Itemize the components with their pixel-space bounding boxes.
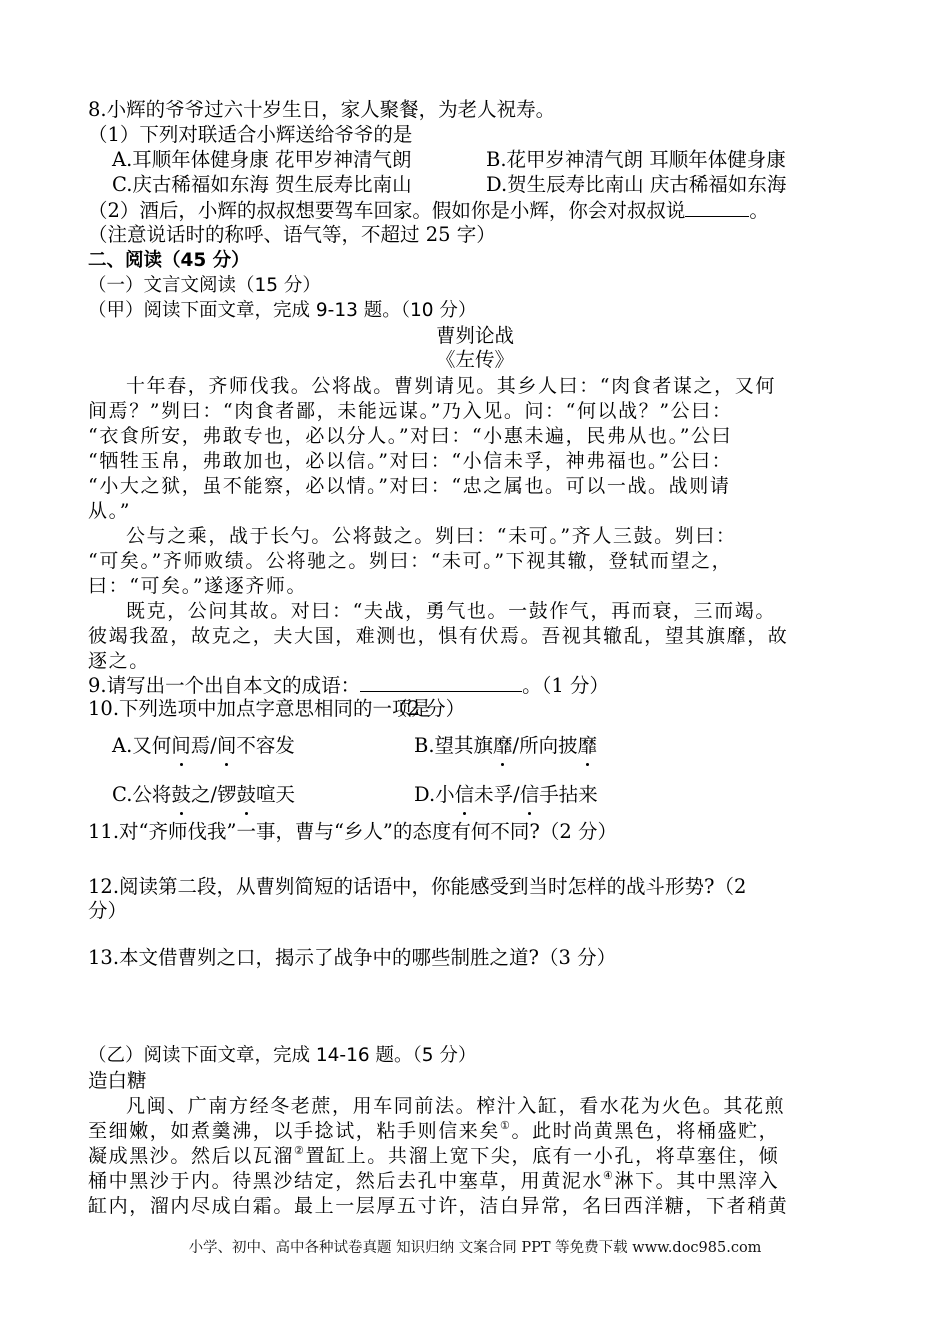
dotted-char: 间 [171, 734, 191, 757]
q8-sub1: （1）下列对联适合小辉送给爷爷的是 [88, 123, 412, 147]
passage-source: 《左传》 [0, 348, 950, 372]
dotted-char: 信 [455, 783, 475, 806]
footnote-marker: ① [500, 1119, 511, 1132]
q9-text: 9.请写出一个出自本文的成语： [88, 674, 360, 697]
q8-option-b: B.花甲岁神清气朗 耳顺年体健身康 [486, 148, 786, 172]
footnote-marker: ② [294, 1144, 305, 1157]
passage-line: 逐之。 [88, 649, 150, 673]
q10-option-d: D.小信未孚/信手拈来 [414, 783, 598, 807]
yi-heading: （乙）阅读下面文章，完成 14-16 题。（5 分） [88, 1044, 476, 1068]
q8-option-a: A.耳顺年体健身康 花甲岁神清气朗 [112, 148, 411, 172]
page-footer: 小学、初中、高中各种试卷真题 知识归纳 文案合同 PPT 等免费下载 www.d… [0, 1239, 950, 1257]
dotted-char: 间 [217, 734, 237, 757]
dotted-char: 鼓 [171, 783, 191, 806]
yi-title: 造白糖 [88, 1069, 147, 1093]
passage-line: 十年春，齐师伐我。公将战。曹刿请见。其乡人曰：“肉食者谋之，又何 [88, 374, 776, 398]
q9-score: 。（1 分） [522, 674, 609, 697]
passage-line: 既克，公问其故。对曰：“夫战，勇气也。一鼓作气，再而衰，三而竭。 [88, 599, 776, 623]
q10-score: （2 分） [388, 697, 465, 721]
q10-stem: 10.下列选项中加点字意思相同的一项是 [88, 697, 431, 721]
q8-sub2-suffix: 。 [749, 199, 769, 222]
q8-answer-blank[interactable] [685, 198, 749, 217]
dotted-char: 靡 [578, 734, 598, 757]
q8-stem: 8.小辉的爷爷过六十岁生日，家人聚餐，为老人祝寿。 [88, 98, 555, 122]
passage-line: 间焉？”刿曰：“肉食者鄙，未能远谋。”乃入见。问：“何以战？”公曰： [88, 399, 732, 423]
part1-heading: （一）文言文阅读（15 分） [88, 274, 321, 298]
q13: 13.本文借曹刿之口，揭示了战争中的哪些制胜之道?（3 分） [88, 946, 616, 970]
q8-sub2: （2）酒后，小辉的叔叔想要驾车回家。假如你是小辉，你会对叔叔说。 [88, 198, 769, 223]
footnote-marker: ④ [603, 1169, 614, 1182]
exam-page: 8.小辉的爷爷过六十岁生日，家人聚餐，为老人祝寿。 （1）下列对联适合小辉送给爷… [0, 0, 950, 1344]
passage-line: “可矣。”齐师败绩。公将驰之。刿曰：“未可。”下视其辙，登轼而望之， [88, 549, 732, 573]
q8-option-c: C.庆古稀福如东海 贺生辰寿比南山 [112, 173, 412, 197]
yi-passage-line: 凝成黑沙。然后以瓦溜②置缸上。共溜上宽下尖，底有一小孔，将草塞住，倾 [88, 1144, 779, 1168]
passage-line: 从。” [88, 499, 131, 523]
passage-line: 彼竭我盈，故克之，夫大国，难测也，惧有伏焉。吾视其辙乱，望其旗靡，故 [88, 624, 788, 648]
q10-option-b: B.望其旗靡/所向披靡 [414, 734, 597, 758]
q8-option-d: D.贺生辰寿比南山 庆古稀福如东海 [486, 173, 786, 197]
dotted-char: 鼓 [237, 783, 257, 806]
passage-title: 曹刿论战 [0, 324, 950, 348]
passage-line: 公与之乘，战于长勺。公将鼓之。刿曰：“未可。”齐人三鼓。刿曰： [88, 524, 737, 548]
jia-heading: （甲）阅读下面文章，完成 9-13 题。（10 分） [88, 299, 476, 323]
q11: 11.对“齐师伐我”一事，曹与“乡人”的态度有何不同?（2 分） [88, 820, 617, 844]
yi-passage-line: 桶中黑沙于内。待黑沙结定，然后去孔中塞草，用黄泥水④淋下。其中黑滓入 [88, 1169, 779, 1193]
yi-passage-line: 缸内，溜内尽成白霜。最上一层厚五寸许，洁白异常，名曰西洋糖，下者稍黄 [88, 1194, 788, 1218]
q12-line1: 12.阅读第二段，从曹刿简短的话语中，你能感受到当时怎样的战斗形势?（2 [88, 875, 746, 899]
section-heading: 二、阅读（45 分） [88, 249, 250, 273]
q9-answer-blank[interactable] [360, 673, 522, 692]
q8-sub2-text: （2）酒后，小辉的叔叔想要驾车回家。假如你是小辉，你会对叔叔说 [88, 199, 685, 222]
yi-passage-line: 凡闽、广南方经冬老蔗，用车同前法。榨汁入缸，看水花为火色。其花煎 [88, 1094, 785, 1118]
q12-line2: 分） [88, 899, 127, 923]
passage-line: “牺牲玉帛，弗敢加也，必以信。”对曰：“小信未孚，神弗福也。”公曰： [88, 449, 732, 473]
q10-option-c: C.公将鼓之/锣鼓喧天 [112, 783, 295, 807]
passage-line: “衣食所安，弗敢专也，必以分人。”对曰：“小惠未遍，民弗从也。”公曰 [88, 424, 732, 448]
dotted-char: 靡 [493, 734, 513, 757]
q8-sub2-note: （注意说话时的称呼、语气等，不超过 25 字） [88, 223, 496, 247]
passage-line: 曰：“可矣。”遂逐齐师。 [88, 574, 307, 598]
passage-line: “小大之狱，虽不能察，必以情。”对曰：“忠之属也。可以一战。战则请 [88, 474, 730, 498]
q9: 9.请写出一个出自本文的成语：。（1 分） [88, 673, 609, 698]
yi-passage-line: 至细嫩，如煮羹沸，以手捻试，粘手则信来矣①。此时尚黄黑色，将桶盛贮， [88, 1119, 779, 1143]
q10-option-a: A.又何间焉/间不容发 [112, 734, 295, 758]
dotted-char: 信 [520, 783, 540, 806]
